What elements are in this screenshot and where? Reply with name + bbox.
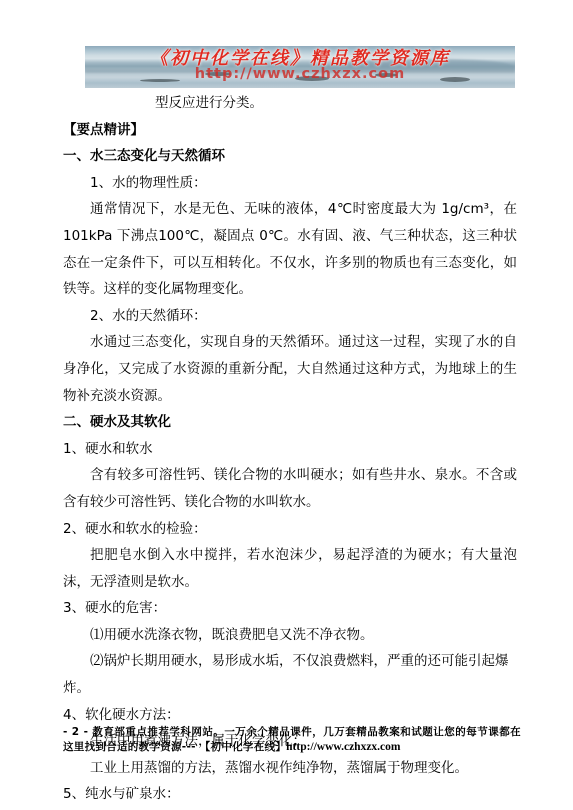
document-page: 《初中化学在线》精品教学资源库 http://www.czhxzx.com 型反… (0, 0, 573, 810)
paragraph: ⑵锅炉长期用硬水，易形成水垢，不仅浪费燃料，严重的还可能引起爆炸。 (63, 648, 517, 701)
paragraph: 把肥皂水倒入水中搅拌，若水泡沫少，易起浮渣的为硬水；有大量泡沫，无浮渣则是软水。 (63, 542, 517, 595)
footer-site-name: 【初中化学在线】 (200, 741, 286, 753)
footer-url[interactable]: http://www.czhxzx.com (286, 741, 400, 753)
document-body: 型反应进行分类。 【要点精讲】一、水三态变化与天然循环1、水的物理性质：通常情况… (63, 90, 517, 808)
paragraph: 5、纯水与矿泉水： (63, 781, 517, 808)
paragraph: 二、硬水及其软化 (63, 409, 517, 436)
page-number: - 2 - (63, 726, 92, 738)
page-footer: - 2 - 教育部重点推荐学科网站。一万余个精品课件，几万套精品教案和试题让您的… (63, 725, 521, 755)
paragraph: 【要点精讲】 (63, 117, 517, 144)
paragraph: 1、水的物理性质： (63, 170, 517, 197)
paragraph: 2、硬水和软水的检验： (63, 516, 517, 543)
paragraph: ⑴用硬水洗涤衣物，既浪费肥皂又洗不净衣物。 (63, 622, 517, 649)
paragraph: 一、水三态变化与天然循环 (63, 143, 517, 170)
paragraph: 水通过三态变化，实现自身的天然循环。通过这一过程，实现了水的自身净化，又完成了水… (63, 329, 517, 409)
paragraph: 1、硬水和软水 (63, 436, 517, 463)
header-banner-image: 《初中化学在线》精品教学资源库 http://www.czhxzx.com (85, 46, 515, 88)
banner-site-url[interactable]: http://www.czhxzx.com (85, 65, 515, 83)
paragraph: 通常情况下，水是无色、无味的液体，4℃时密度最大为 1g/cm³，在 101kP… (63, 196, 517, 302)
paragraph: 工业上用蒸馏的方法，蒸馏水视作纯净物，蒸馏属于物理变化。 (63, 755, 517, 782)
paragraph: 含有较多可溶性钙、镁化合物的水叫硬水；如有些井水、泉水。不含或含有较少可溶性钙、… (63, 462, 517, 515)
carryover-line: 型反应进行分类。 (63, 90, 517, 117)
paragraph: 3、硬水的危害： (63, 595, 517, 622)
paragraph: 2、水的天然循环： (63, 303, 517, 330)
